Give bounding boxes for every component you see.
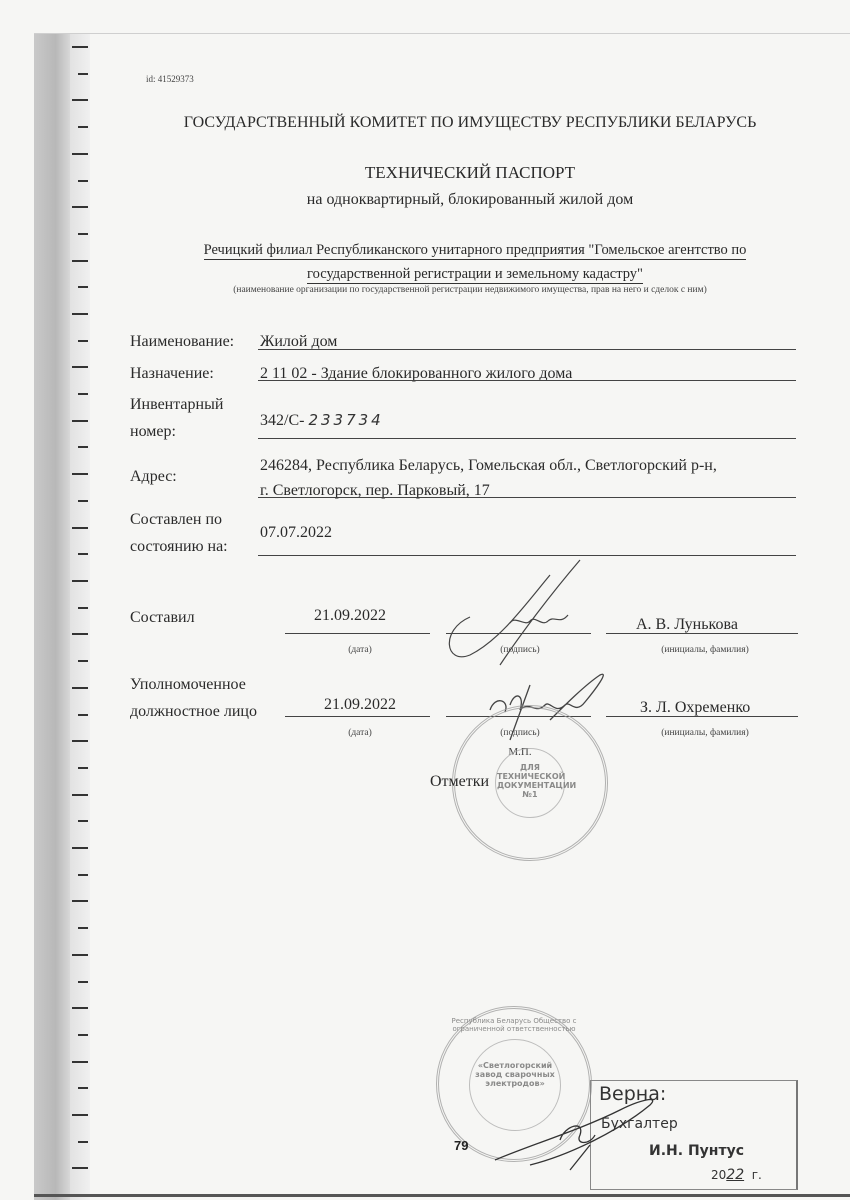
- organization-line-1: Речицкий филиал Республиканского унитарн…: [204, 242, 747, 260]
- binding-tick: [78, 927, 88, 929]
- compiled-name: А. В. Лунькова: [636, 616, 738, 634]
- binding-tick: [72, 46, 88, 48]
- binding-tick: [72, 687, 88, 689]
- binding-tick: [78, 126, 88, 128]
- certification-year-handwritten: 22: [726, 1167, 744, 1183]
- inventory-label-line-1: Инвентарный: [130, 396, 223, 413]
- address-underline: [258, 497, 796, 498]
- binding-tick: [78, 767, 88, 769]
- binding-tick: [78, 660, 88, 662]
- binding-tick: [78, 73, 88, 75]
- document-title: ТЕХНИЧЕСКИЙ ПАСПОРТ: [90, 163, 850, 183]
- inventory-label-line-2: номер:: [130, 423, 176, 440]
- compiled-by-label: Составил: [130, 604, 195, 631]
- document-id: id: 41529373: [146, 74, 194, 84]
- binding-tick: [72, 260, 88, 262]
- binding-tick: [78, 820, 88, 822]
- binding-tick: [78, 874, 88, 876]
- binding-tick: [78, 180, 88, 182]
- authorized-date-line: [285, 716, 430, 717]
- certification-year: 2022 г.: [711, 1167, 762, 1183]
- binding-tick: [72, 1061, 88, 1063]
- compiled-date-caption: (дата): [310, 645, 410, 655]
- state-date-value: 07.07.2022: [260, 519, 332, 546]
- binding-tick: [78, 1141, 88, 1143]
- purpose-label: Назначение:: [130, 360, 214, 387]
- binding-tick: [72, 1167, 88, 1169]
- binding-tick: [72, 420, 88, 422]
- compiled-name-caption: (инициалы, фамилия): [640, 645, 770, 655]
- binding-tick: [78, 553, 88, 555]
- authorized-label-line-1: Уполномоченное: [130, 676, 246, 693]
- binding-tick: [78, 500, 88, 502]
- scan-bottom-edge: [34, 1194, 850, 1197]
- binding-tick: [72, 580, 88, 582]
- name-underline: [258, 349, 796, 350]
- scan-top-edge: [34, 33, 850, 34]
- binding-tick: [78, 981, 88, 983]
- certification-signature-icon: [490, 1090, 670, 1170]
- authorized-name-caption: (инициалы, фамилия): [640, 728, 770, 738]
- address-line-2: г. Светлогорск, пер. Парковый, 17: [260, 477, 490, 504]
- inventory-prefix: 342/С-: [260, 412, 304, 429]
- authorized-date-caption: (дата): [310, 728, 410, 738]
- binding-holes: [70, 34, 90, 1200]
- binding-tick: [72, 313, 88, 315]
- inventory-underline: [258, 438, 796, 439]
- inventory-handwritten-number: 233734: [308, 411, 383, 429]
- seal-ring-text: Республика Беларусь Общество с ограничен…: [449, 1017, 579, 1033]
- compiled-signature-icon: [430, 555, 600, 670]
- binding-tick: [72, 794, 88, 796]
- authorized-label: Уполномоченное должностное лицо: [130, 671, 257, 725]
- binding-tick: [72, 1114, 88, 1116]
- authorized-label-line-2: должностное лицо: [130, 703, 257, 720]
- organization-caption: (наименование организации по государстве…: [160, 285, 780, 295]
- binding-tick: [78, 1087, 88, 1089]
- compiled-date: 21.09.2022: [314, 607, 386, 625]
- seal-center-text: ДЛЯ ТЕХНИЧЕСКОЙ ДОКУМЕНТАЦИИ №1: [497, 763, 563, 799]
- state-date-label-line-1: Составлен по: [130, 511, 222, 528]
- binding-tick: [72, 153, 88, 155]
- binding-tick: [72, 1007, 88, 1009]
- binding-tick: [72, 206, 88, 208]
- state-date-label-line-2: состоянию на:: [130, 538, 228, 555]
- binding-tick: [72, 99, 88, 101]
- binding-strip: [34, 34, 70, 1200]
- binding-tick: [72, 473, 88, 475]
- marks-heading: Отметки: [430, 773, 489, 791]
- seal-center-text: «Светлогорский завод сварочных электродо…: [475, 1061, 555, 1088]
- name-label: Наименование:: [130, 328, 234, 355]
- inventory-label: Инвентарный номер:: [130, 391, 223, 445]
- inventory-value: 342/С- 233734: [260, 407, 384, 434]
- organization-name: Речицкий филиал Республиканского унитарн…: [170, 238, 780, 286]
- binding-tick: [72, 954, 88, 956]
- binding-tick: [78, 286, 88, 288]
- binding-tick: [78, 714, 88, 716]
- purpose-underline: [258, 380, 796, 381]
- page-number: 79: [454, 1138, 468, 1153]
- purpose-value: 2 11 02 - Здание блокированного жилого д…: [260, 360, 572, 387]
- binding-tick: [78, 393, 88, 395]
- binding-tick: [78, 233, 88, 235]
- binding-tick: [72, 366, 88, 368]
- authorized-name: З. Л. Охременко: [640, 699, 750, 717]
- compiled-name-line: [606, 633, 798, 634]
- document-subtitle: на одноквартирный, блокированный жилой д…: [90, 191, 850, 209]
- binding-tick: [78, 1034, 88, 1036]
- address-line-1: 246284, Республика Беларусь, Гомельская …: [260, 452, 717, 479]
- organization-line-2: государственной регистрации и земельному…: [307, 266, 643, 284]
- binding-tick: [72, 847, 88, 849]
- binding-tick: [78, 340, 88, 342]
- binding-tick: [72, 900, 88, 902]
- binding-tick: [72, 740, 88, 742]
- name-value: Жилой дом: [260, 328, 337, 355]
- state-date-label: Составлен по состоянию на:: [130, 506, 228, 560]
- authorized-date: 21.09.2022: [324, 696, 396, 714]
- binding-tick: [78, 607, 88, 609]
- committee-heading: ГОСУДАРСТВЕННЫЙ КОМИТЕТ ПО ИМУЩЕСТВУ РЕС…: [90, 114, 850, 132]
- compiled-date-line: [285, 633, 430, 634]
- certification-year-prefix: 20: [711, 1168, 726, 1182]
- binding-tick: [72, 633, 88, 635]
- authorized-name-line: [606, 716, 798, 717]
- binding-tick: [78, 446, 88, 448]
- certification-year-suffix: г.: [752, 1168, 762, 1182]
- binding-tick: [72, 527, 88, 529]
- address-label: Адрес:: [130, 463, 177, 490]
